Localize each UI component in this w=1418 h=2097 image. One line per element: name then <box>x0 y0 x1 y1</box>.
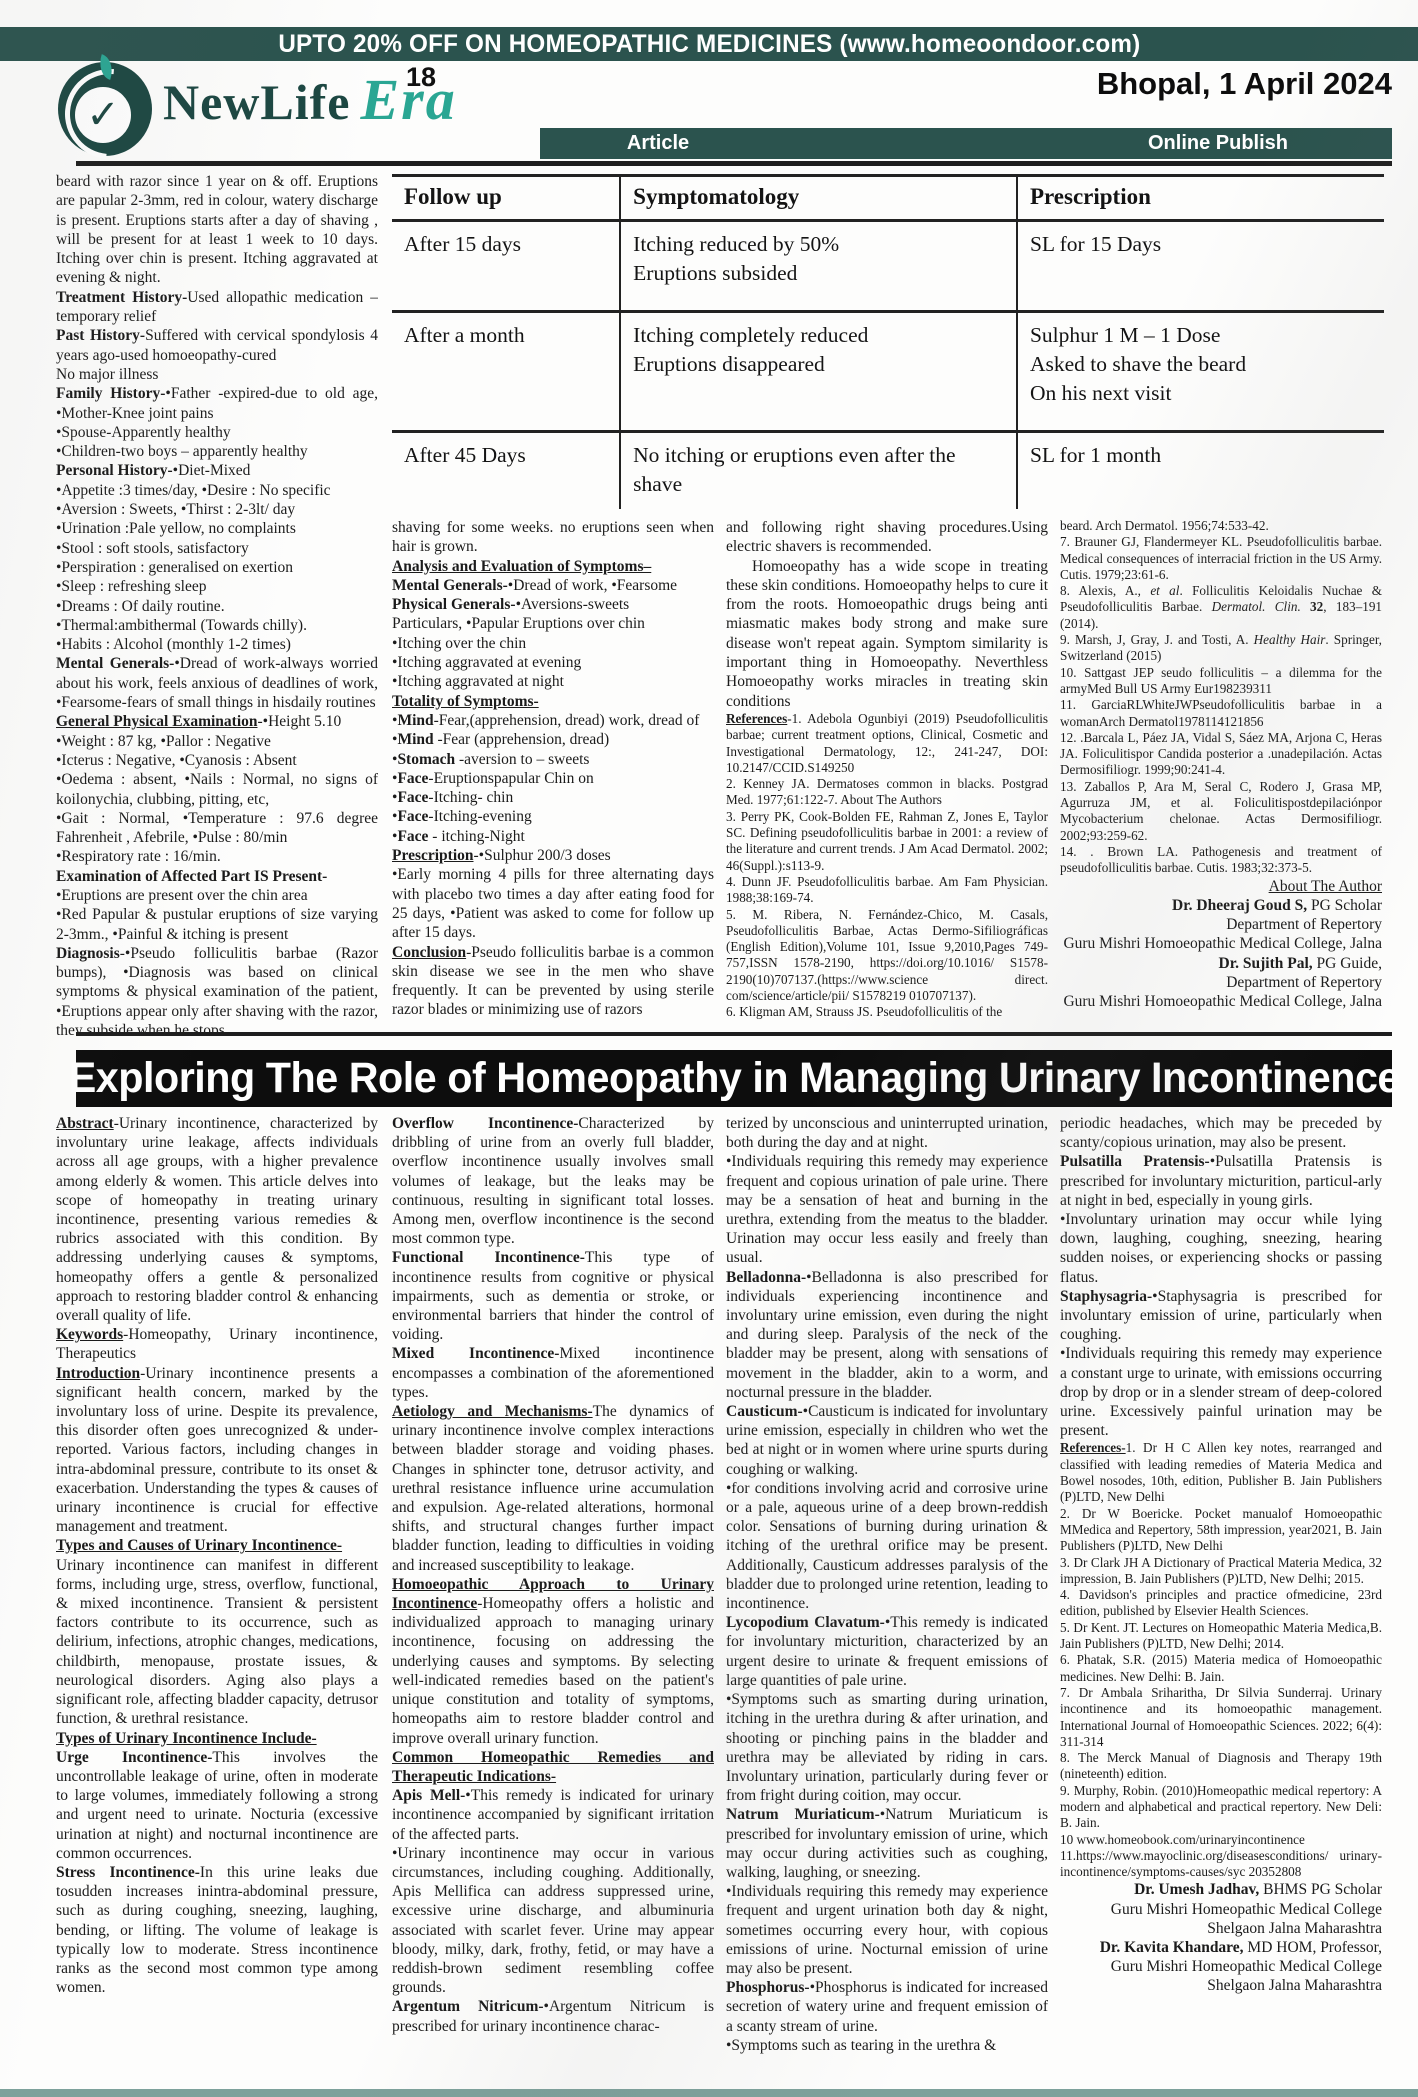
article2-headline-bar: Exploring The Role of Homeopathy in Mana… <box>76 1050 1392 1107</box>
paragraph: 4. Dunn JF. Pseudofolliculitis barbae. A… <box>726 874 1048 907</box>
paragraph: 12. .Barcala L, Páez JA, Vidal S, Sáez M… <box>1060 730 1382 779</box>
paragraph: Abstract-Urinary incontinence, character… <box>56 1114 378 1325</box>
paragraph: periodic headaches, which may be precede… <box>1060 1114 1382 1152</box>
paragraph: Overflow Incontinence-Characterized by d… <box>392 1114 714 1248</box>
paragraph: Guru Mishri Homoeopathic Medical College… <box>1060 992 1382 1011</box>
paragraph: 8. The Merck Manual of Diagnosis and The… <box>1060 1750 1382 1783</box>
table-cell: Sulphur 1 M – 1 DoseAsked to shave the b… <box>1017 312 1384 432</box>
paragraph: Common Homeopathic Remedies and Therapeu… <box>392 1748 714 1786</box>
paragraph: 2. Kenney JA. Dermatoses common in black… <box>726 776 1048 809</box>
table-cell: After 45 Days <box>392 432 620 510</box>
paragraph: •Habits : Alcohol (monthly 1-2 times) <box>56 635 378 654</box>
paragraph: References-1. Dr H C Allen key notes, re… <box>1060 1440 1382 1505</box>
paragraph: 6. Kligman AM, Strauss JS. Pseudofollicu… <box>726 1004 1048 1020</box>
section-tab-article: Article <box>627 128 689 159</box>
article2-column-1: Abstract-Urinary incontinence, character… <box>56 1114 378 2097</box>
paragraph: and following right shaving procedures.U… <box>726 518 1048 557</box>
paragraph: Treatment History-Used allopathic medica… <box>56 288 378 327</box>
paragraph: Apis Mell-•This remedy is indicated for … <box>392 1786 714 1844</box>
paragraph: Urge Incontinence-This involves the unco… <box>56 1748 378 1863</box>
newspaper-page: UPTO 20% OFF ON HOMEOPATHIC MEDICINES (w… <box>0 0 1418 2097</box>
paragraph: •Face-Eruptionspapular Chin on <box>392 769 714 788</box>
paragraph: •Involuntary urination may occur while l… <box>1060 1210 1382 1287</box>
paragraph: 2. Dr W Boericke. Pocket manualof Homoeo… <box>1060 1506 1382 1555</box>
paragraph: Belladonna-•Belladonna is also prescribe… <box>726 1268 1048 1402</box>
divider-rule <box>76 1032 1392 1036</box>
paragraph: •Itching over the chin <box>392 634 714 653</box>
table-cell: Itching completely reducedEruptions disa… <box>620 312 1017 432</box>
paragraph: Shelgaon Jalna Maharashtra <box>1060 1976 1382 1995</box>
table-cell: After a month <box>392 312 620 432</box>
paragraph: •Icterus : Negative, •Cyanosis : Absent <box>56 751 378 770</box>
paragraph: •Perspiration : generalised on exertion <box>56 558 378 577</box>
paragraph: Prescription-•Sulphur 200/3 doses <box>392 846 714 865</box>
paragraph: shaving for some weeks. no eruptions see… <box>392 518 714 557</box>
paragraph: •Weight : 87 kg, •Pallor : Negative <box>56 732 378 751</box>
paragraph: •Children-two boys – apparently healthy <box>56 442 378 461</box>
paragraph: Staphysagria-•Staphysagria is prescribed… <box>1060 1287 1382 1345</box>
paragraph: Mental Generals-•Dread of work, •Fearsom… <box>392 576 714 595</box>
paragraph: 5. Dr Kent. JT. Lectures on Homeopathic … <box>1060 1620 1382 1653</box>
paragraph: •Red Papular & pustular eruptions of siz… <box>56 905 378 944</box>
paragraph: 6. Phatak, S.R. (2015) Materia medica of… <box>1060 1652 1382 1685</box>
paragraph: •Oedema : absent, •Nails : Normal, no si… <box>56 770 378 809</box>
paragraph: About The Author <box>1060 877 1382 896</box>
paragraph: •Spouse-Apparently healthy <box>56 423 378 442</box>
paragraph: •Individuals requiring this remedy may e… <box>726 1882 1048 1978</box>
table-cell: SL for 1 month <box>1017 432 1384 510</box>
paragraph: 11. GarciaRLWhiteJWPseudofolliculitis ba… <box>1060 697 1382 730</box>
paragraph: Personal History-•Diet-Mixed <box>56 461 378 480</box>
paragraph: Stress Incontinence-In this urine leaks … <box>56 1863 378 1997</box>
paragraph: 8. Alexis, A., et al. Folliculitis Keloi… <box>1060 583 1382 632</box>
section-tab-online-publish: Online Publish <box>1148 128 1288 159</box>
paragraph: Phosphorus-•Phosphorus is indicated for … <box>726 1978 1048 2036</box>
paragraph: Homoeopathy has a wide scope in treating… <box>726 557 1048 711</box>
article2-headline: Exploring The Role of Homeopathy in Mana… <box>68 1054 1399 1103</box>
newlife-logo: ✓ <box>58 62 152 156</box>
paragraph: Causticum-•Causticum is indicated for in… <box>726 1402 1048 1479</box>
paragraph: 3. Dr Clark JH A Dictionary of Practical… <box>1060 1555 1382 1588</box>
title-newlife: NewLife <box>163 74 351 130</box>
paragraph: beard. Arch Dermatol. 1956;74:533-42. <box>1060 518 1382 534</box>
paragraph: •Face - itching-Night <box>392 827 714 846</box>
paragraph: beard with razor since 1 year on & off. … <box>56 172 378 288</box>
paragraph: terized by unconscious and uninterrupted… <box>726 1114 1048 1152</box>
paragraph: Guru Mishri Homeopathic Medical College <box>1060 1900 1382 1919</box>
paragraph: Urinary incontinence can manifest in dif… <box>56 1556 378 1729</box>
paragraph: •Dreams : Of daily routine. <box>56 597 378 616</box>
paragraph: Dr. Kavita Khandare, MD HOM, Professor, <box>1060 1938 1382 1957</box>
paragraph: •Sleep : refreshing sleep <box>56 577 378 596</box>
paragraph: •Eruptions are present over the chin are… <box>56 886 378 905</box>
paragraph: Guru Mishri Homeopathic Medical College <box>1060 1957 1382 1976</box>
table-cell: After 15 days <box>392 221 620 312</box>
paragraph: •Gait : Normal, •Temperature : 97.6 degr… <box>56 809 378 848</box>
paragraph: •Early morning 4 pills for three alterna… <box>392 865 714 942</box>
paragraph: Introduction-Urinary incontinence presen… <box>56 1364 378 1537</box>
table-row: After 15 daysItching reduced by 50%Erupt… <box>392 221 1384 312</box>
paragraph: Argentum Nitricum-•Argentum Nitricum is … <box>392 1997 714 2035</box>
dateline: Bhopal, 1 April 2024 <box>1097 66 1392 102</box>
table-header-cell: Follow up <box>392 176 620 221</box>
paragraph: 7. Brauner GJ, Flandermeyer KL. Pseudofo… <box>1060 534 1382 583</box>
table-row: After 45 DaysNo itching or eruptions eve… <box>392 432 1384 510</box>
paragraph: Mental Generals-•Dread of work-always wo… <box>56 654 378 712</box>
paragraph: Keywords-Homeopathy, Urinary incontinenc… <box>56 1325 378 1363</box>
paragraph: •Individuals requiring this remedy may e… <box>726 1152 1048 1267</box>
paragraph: •Face-Itching-evening <box>392 807 714 826</box>
paragraph: Types and Causes of Urinary Incontinence… <box>56 1536 378 1555</box>
logo-check-icon: ✓ <box>75 87 131 143</box>
paragraph: Dr. Dheeraj Goud S, PG Scholar <box>1060 896 1382 915</box>
discount-banner-text: UPTO 20% OFF ON HOMEOPATHIC MEDICINES (w… <box>278 30 1140 59</box>
article2-column-3: terized by unconscious and uninterrupted… <box>726 1114 1048 2097</box>
paragraph: 13. Zaballos P, Ara M, Seral C, Rodero J… <box>1060 779 1382 844</box>
paragraph: Natrum Muriaticum-•Natrum Muriaticum is … <box>726 1805 1048 1882</box>
followup-table: Follow upSymptomatologyPrescriptionAfter… <box>392 174 1384 509</box>
paragraph: No major illness <box>56 365 378 384</box>
paragraph: Mixed Incontinence-Mixed incontinence en… <box>392 1344 714 1402</box>
paragraph: Past History-Suffered with cervical spon… <box>56 326 378 365</box>
paragraph: Dr. Sujith Pal, PG Guide, <box>1060 954 1382 973</box>
table-header-cell: Symptomatology <box>620 176 1017 221</box>
paragraph: Dr. Umesh Jadhav, BHMS PG Scholar <box>1060 1880 1382 1899</box>
paragraph: •Thermal:ambithermal (Towards chilly). <box>56 616 378 635</box>
article1-column-1: beard with razor since 1 year on & off. … <box>56 172 378 1036</box>
paragraph: •Mind -Fear (apprehension, dread) <box>392 730 714 749</box>
paragraph: •Aversion : Sweets, •Thirst : 2-3lt/ day <box>56 500 378 519</box>
paragraph: 4. Davidson's principles and practice of… <box>1060 1587 1382 1620</box>
paragraph: 11.https://www.mayoclinic.org/diseasesco… <box>1060 1848 1382 1881</box>
paragraph: 5. M. Ribera, N. Fernández-Chico, M. Cas… <box>726 907 1048 1005</box>
paragraph: Department of Repertory <box>1060 973 1382 992</box>
paragraph: Aetiology and Mechanisms-The dynamics of… <box>392 1402 714 1575</box>
article1-column-4: beard. Arch Dermatol. 1956;74:533-42.7. … <box>1060 518 1382 1044</box>
paragraph: Department of Repertory <box>1060 915 1382 934</box>
paragraph: Lycopodium Clavatum-•This remedy is indi… <box>726 1613 1048 1690</box>
paragraph: Family History-•Father -expired-due to o… <box>56 384 378 423</box>
paragraph: 10. Sattgast JEP seudo folliculitis – a … <box>1060 665 1382 698</box>
paragraph: References-1. Adebola Ogunbiyi (2019) Ps… <box>726 711 1048 776</box>
paragraph: 9. Marsh, J, Gray, J. and Tosti, A. Heal… <box>1060 632 1382 665</box>
paragraph: Pulsatilla Pratensis-•Pulsatilla Pratens… <box>1060 1152 1382 1210</box>
paragraph: Conclusion-Pseudo folliculitis barbae is… <box>392 943 714 1020</box>
paragraph: 7. Dr Ambala Sriharitha, Dr Silvia Sunde… <box>1060 1685 1382 1750</box>
paragraph: •Urination :Pale yellow, no complaints <box>56 519 378 538</box>
table-cell: Itching reduced by 50%Eruptions subsided <box>620 221 1017 312</box>
article1-column-2: shaving for some weeks. no eruptions see… <box>392 518 714 1044</box>
paragraph: Diagnosis-•Pseudo folliculitis barbae (R… <box>56 944 378 1036</box>
paragraph: Functional Incontinence-This type of inc… <box>392 1248 714 1344</box>
table-cell: SL for 15 Days <box>1017 221 1384 312</box>
paragraph: •Itching aggravated at night <box>392 672 714 691</box>
paragraph: Analysis and Evaluation of Symptoms– <box>392 557 714 576</box>
paragraph: Homoeopathic Approach to Urinary Inconti… <box>392 1575 714 1748</box>
paragraph: Types of Urinary Incontinence Include- <box>56 1729 378 1748</box>
page-number: 18 <box>406 62 436 93</box>
paragraph: 3. Perry PK, Cook-Bolden FE, Rahman Z, J… <box>726 809 1048 874</box>
table-row: After a monthItching completely reducedE… <box>392 312 1384 432</box>
paragraph: •Face-Itching- chin <box>392 788 714 807</box>
paragraph: •Itching aggravated at evening <box>392 653 714 672</box>
paragraph: •Urinary incontinence may occur in vario… <box>392 1844 714 1998</box>
paragraph: •Mind-Fear,(apprehension, dread) work, d… <box>392 711 714 730</box>
paragraph: General Physical Examination-•Height 5.1… <box>56 712 378 731</box>
paragraph: •Symptoms such as tearing in the urethra… <box>726 2036 1048 2055</box>
paragraph: Totality of Symptoms- <box>392 692 714 711</box>
article2-column-2: Overflow Incontinence-Characterized by d… <box>392 1114 714 2097</box>
discount-banner: UPTO 20% OFF ON HOMEOPATHIC MEDICINES (w… <box>0 27 1418 61</box>
paragraph: 9. Murphy, Robin. (2010)Homeopathic medi… <box>1060 1783 1382 1832</box>
paragraph: 14. . Brown LA. Pathogenesis and treatme… <box>1060 844 1382 877</box>
article1-column-3: and following right shaving procedures.U… <box>726 518 1048 1044</box>
paragraph: Shelgaon Jalna Maharashtra <box>1060 1919 1382 1938</box>
paragraph: •Individuals requiring this remedy may e… <box>1060 1344 1382 1440</box>
masthead-rule <box>76 161 1392 166</box>
paragraph: •Respiratory rate : 16/min. <box>56 847 378 866</box>
section-bar: Article Online Publish <box>540 128 1392 159</box>
paragraph: •for conditions involving acrid and corr… <box>726 1479 1048 1613</box>
paragraph: •Stool : soft stools, satisfactory <box>56 539 378 558</box>
paragraph: Examination of Affected Part IS Present- <box>56 867 378 886</box>
page-bottom-band <box>0 2089 1418 2097</box>
paragraph: •Stomach -aversion to – sweets <box>392 750 714 769</box>
paragraph: Guru Mishri Homoeopathic Medical College… <box>1060 934 1382 953</box>
table-cell: No itching or eruptions even after the s… <box>620 432 1017 510</box>
paragraph: •Symptoms such as smarting during urinat… <box>726 1690 1048 1805</box>
paragraph: 10 www.homeobook.com/urinaryincontinence <box>1060 1832 1382 1848</box>
paragraph: •Appetite :3 times/day, •Desire : No spe… <box>56 481 378 500</box>
table-header-cell: Prescription <box>1017 176 1384 221</box>
paragraph: Physical Generals-•Aversions-sweets <box>392 595 714 614</box>
article2-column-4: periodic headaches, which may be precede… <box>1060 1114 1382 2097</box>
paragraph: Particulars, •Papular Eruptions over chi… <box>392 614 714 633</box>
